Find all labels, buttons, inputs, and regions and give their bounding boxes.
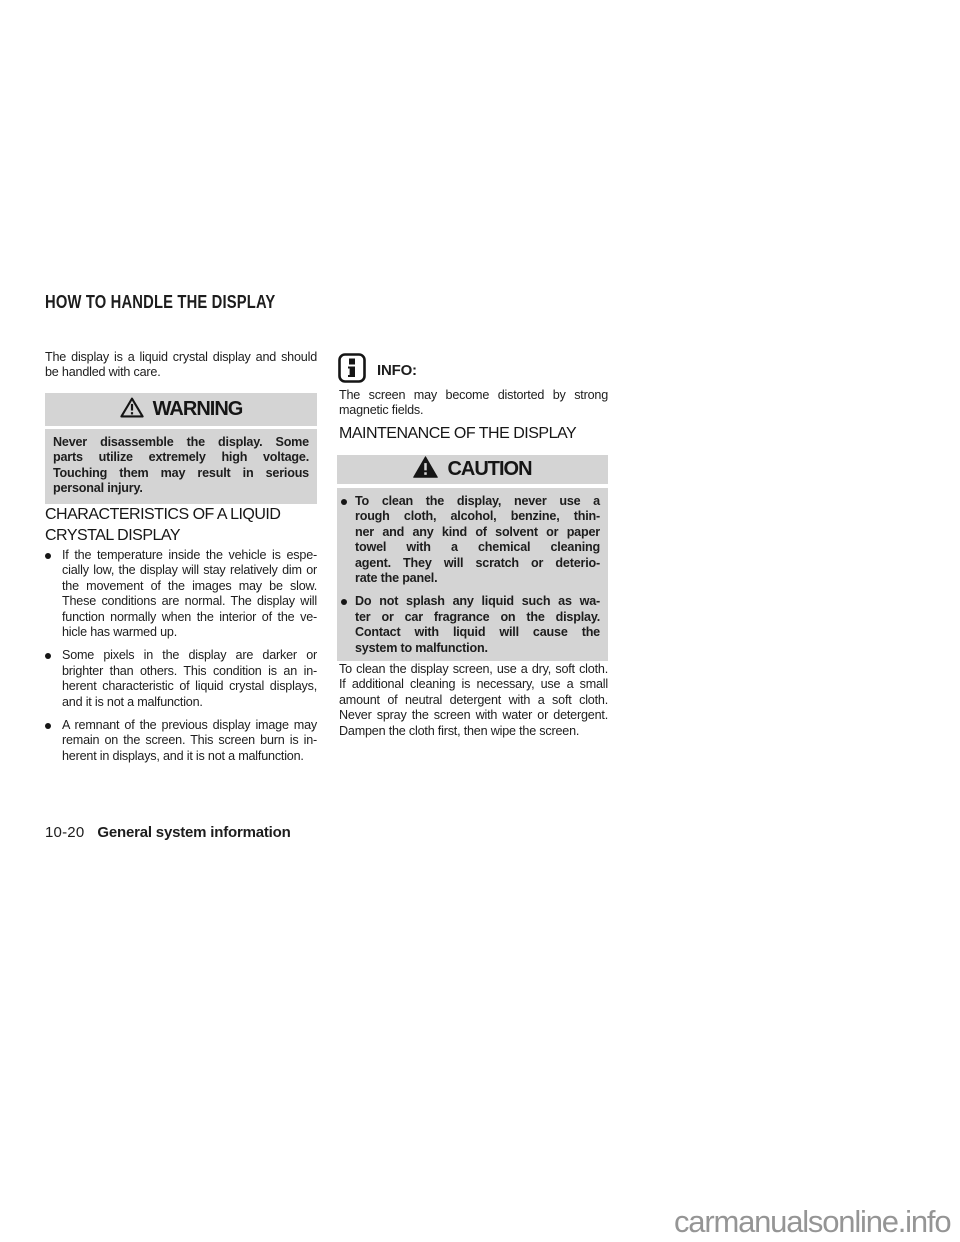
- footer-page-number: 10-20: [45, 824, 84, 841]
- page-footer: 10-20 General system information: [45, 824, 291, 841]
- characteristics-bullet-list: If the temperature inside the vehicle is…: [45, 548, 317, 764]
- info-header: INFO:: [338, 353, 417, 388]
- page-title: HOW TO HANDLE THE DISPLAY: [45, 292, 275, 313]
- bullet-dot-icon: [45, 548, 62, 640]
- intro-paragraph: The display is a liquid crystal display …: [45, 350, 317, 381]
- section-heading-maintenance: MAINTENANCE OF THE DISPLAY: [339, 424, 624, 445]
- warning-triangle-icon: [120, 397, 144, 423]
- caution-box: CAUTION To clean the display, never use …: [337, 455, 608, 661]
- caution-body: To clean the display, never use arough c…: [337, 488, 608, 661]
- list-item: To clean the display, never use arough c…: [341, 494, 600, 586]
- warning-box-title-band: WARNING: [45, 393, 317, 426]
- bullet-text: Some pixels in the display are darker or…: [62, 648, 317, 710]
- info-paragraph: The screen may become distorted by stron…: [339, 388, 608, 419]
- caution-title: CAUTION: [447, 458, 531, 481]
- bullet-dot-icon: [45, 648, 62, 710]
- bullet-dot-icon: [341, 594, 355, 656]
- bullet-text: To clean the display, never use arough c…: [355, 494, 600, 586]
- list-item: Do not splash any liquid such as wa-ter …: [341, 594, 600, 656]
- list-item: If the temperature inside the vehicle is…: [45, 548, 317, 640]
- section-heading-characteristics: CHARACTERISTICS OF A LIQUIDCRYSTAL DISPL…: [45, 505, 330, 546]
- info-icon: [338, 353, 366, 388]
- bullet-text: Do not splash any liquid such as wa-ter …: [355, 594, 600, 656]
- warning-box: WARNING Never disassemble the display. S…: [45, 393, 317, 504]
- caution-box-title-band: CAUTION: [337, 455, 608, 484]
- warning-body: Never disassemble the display. Someparts…: [45, 429, 317, 504]
- info-label: INFO:: [377, 362, 417, 379]
- closing-paragraph: To clean the display screen, use a dry, …: [339, 662, 608, 739]
- warning-title: WARNING: [153, 398, 243, 421]
- manual-page: HOW TO HANDLE THE DISPLAY The display is…: [0, 0, 960, 1242]
- footer-section-name: General system information: [97, 824, 290, 841]
- bullet-text: If the temperature inside the vehicle is…: [62, 548, 317, 640]
- list-item: A remnant of the previous display image …: [45, 718, 317, 764]
- bullet-dot-icon: [45, 718, 62, 764]
- bullet-dot-icon: [341, 494, 355, 586]
- caution-triangle-icon: [413, 456, 438, 483]
- watermark: carmanualsonline.info: [674, 1204, 950, 1240]
- bullet-text: A remnant of the previous display image …: [62, 718, 317, 764]
- list-item: Some pixels in the display are darker or…: [45, 648, 317, 710]
